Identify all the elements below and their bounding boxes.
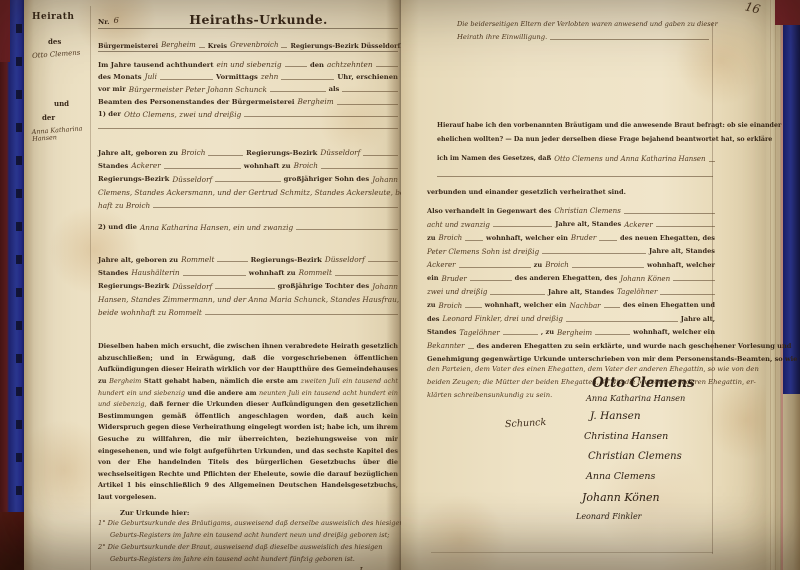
printed-text: Bürgermeisterei xyxy=(98,43,158,50)
printed-text: als xyxy=(329,86,340,93)
printed-text: Kreis xyxy=(208,43,227,50)
form-line: acht und zwanzigJahre alt, StandesAckere… xyxy=(427,215,715,229)
document-item: Geburts-Registers im Jahre ein tausend a… xyxy=(110,529,398,541)
form-line: Jahre alt, geboren zuRommeltRegierungs-B… xyxy=(98,250,398,263)
cover-corner-top-right xyxy=(775,0,800,25)
form-line: vor mirBürgermeister Peter Johann Schunc… xyxy=(98,81,398,93)
legal-paragraph: Dieselben haben mich ersucht, die zwisch… xyxy=(98,341,398,503)
form-line: Jahre alt, geboren zuBroichRegierungs-Be… xyxy=(98,143,398,156)
blank-line xyxy=(660,294,715,295)
blank-line xyxy=(470,280,512,281)
handwritten-text: Düsseldorf xyxy=(172,283,212,290)
cover-corner-top-left xyxy=(0,0,10,62)
blank-line xyxy=(285,66,307,67)
signature: Leonard Finkler xyxy=(576,513,734,521)
printed-text: wohnhaft, welcher xyxy=(647,262,715,269)
form-line: Peter Clemens Sohn ist dreißigJahre alt,… xyxy=(427,242,715,256)
printed-text: des einen Ehegatten und xyxy=(623,302,715,309)
printed-text: wohnhaft, welcher ein xyxy=(486,235,568,242)
handwritten-text: Otto Clemens und Anna Katharina Hansen xyxy=(554,156,705,163)
left-page: Heirath des Otto Clemens und der Anna Ka… xyxy=(24,0,401,570)
margin-heading: Heirath xyxy=(32,12,88,22)
blank-line xyxy=(503,334,538,335)
form-line: Bekannterdes anderen Ehegatten zu sein e… xyxy=(427,336,715,350)
blank-line xyxy=(572,267,644,268)
handwritten-text: Bergheim xyxy=(161,42,196,49)
document-item: Geburts-Registers im Jahre ein tausend a… xyxy=(110,553,398,565)
blank-line xyxy=(215,288,274,289)
blank-line xyxy=(368,261,398,262)
page-number: 16 xyxy=(743,0,761,17)
bride-intro-line: 2) und dieAnna Katharina Hansen, ein und… xyxy=(98,218,398,231)
printed-line: verbunden und einander gesetzlich verhei… xyxy=(427,188,715,201)
printed-text: wohnhaft zu xyxy=(244,163,291,170)
handwritten-text: Tagelöhner xyxy=(617,288,657,295)
printed-text: Genehmigung gegenwärtige Urkunde untersc… xyxy=(427,356,800,363)
blank-line xyxy=(604,307,620,308)
witness-block: verbunden und einander gesetzlich verhei… xyxy=(427,188,715,401)
printed-text: zu xyxy=(427,235,436,242)
handwritten-text: Leonard Finkler, drei und dreißig xyxy=(443,315,563,322)
handwritten-text: zwei und dreißig xyxy=(427,288,487,295)
handwritten-text: Ackerer xyxy=(427,261,456,268)
printed-text: vor mir xyxy=(98,86,126,93)
handwritten-text: Hansen, Standes Zimmermann, und der Anna… xyxy=(98,296,399,303)
blank-line xyxy=(656,226,715,227)
printed-text: Standes xyxy=(427,329,456,336)
intro-block: Im Jahre tausend achthundertein und sieb… xyxy=(98,56,398,130)
printed-text: Uhr, erschienen xyxy=(337,74,398,81)
frame-line-bottom xyxy=(431,552,713,553)
form-line: 1) derOtto Clemens, zwei und dreißig xyxy=(98,106,398,118)
bride-block: Jahre alt, geboren zuRommeltRegierungs-B… xyxy=(98,250,398,316)
handwritten-text: Clemens, Standes Ackersmann, und der Ger… xyxy=(98,189,440,196)
margin-label-des: des xyxy=(48,38,88,46)
blank-line xyxy=(98,128,398,129)
margin-groom-name: Otto Clemens xyxy=(32,48,88,60)
form-line: StandesAckererwohnhaft zuBroich xyxy=(98,157,398,170)
printed-text: Vormittags xyxy=(216,74,258,81)
blank-line xyxy=(363,155,398,156)
divider xyxy=(98,51,398,52)
blank-line xyxy=(468,348,474,349)
printed-text: und die andere am xyxy=(185,389,259,397)
handwritten-text: Anna Katharina Hansen, ein und zwanzig xyxy=(140,224,293,231)
printed-text: Jahre alt, geboren zu xyxy=(98,150,178,157)
handwritten-text: Ackerer xyxy=(624,221,653,228)
blank-line xyxy=(459,267,531,268)
blank-line xyxy=(493,226,552,227)
form-line: StandesTagelöhner, zuBergheimwohnhaft, w… xyxy=(427,323,715,337)
signature: Johann Könen xyxy=(582,492,734,504)
printed-text: Beamten des Personenstandes der Bürgerme… xyxy=(98,99,295,106)
handwritten-text: zehn xyxy=(261,73,279,80)
divider xyxy=(98,28,398,29)
form-line: Im Jahre tausend achthundertein und sieb… xyxy=(98,56,398,68)
printed-line: ehelichen wollten? — Da nun jeder dersel… xyxy=(437,136,713,150)
blank-line xyxy=(542,253,646,254)
documents-heading: Zur Urkunde hier: xyxy=(120,509,398,517)
handwritten-text: acht und zwanzig xyxy=(427,221,490,228)
form-header: Nr. 6 Heiraths-Urkunde. xyxy=(98,6,398,26)
printed-text: den xyxy=(310,62,324,69)
signature: Christina Hansen xyxy=(584,432,734,442)
document-item: 2° Die Geburtsurkunde der Braut, ausweis… xyxy=(98,541,398,553)
form-line: Regierungs-BezirkDüsseldorfgroßjährige T… xyxy=(98,277,398,290)
signature: Otto Clemens xyxy=(592,376,734,390)
signature: Christian Clemens xyxy=(588,452,734,463)
handwritten-text: achtzehnten xyxy=(327,61,373,68)
form-line: beide wohnhaft zu Rommelt xyxy=(98,303,398,316)
handwritten-text: Johann Könen xyxy=(620,275,670,282)
handwritten-text: Bergheim xyxy=(298,98,334,105)
admin-row: BürgermeistereiBergheimKreisGrevenbroich… xyxy=(98,32,398,49)
printed-text: Regierungs-Bezirk xyxy=(98,176,169,183)
blank-line xyxy=(281,47,287,48)
form-column: Nr. 6 Heiraths-Urkunde. BürgermeistereiB… xyxy=(90,6,398,570)
blank-line xyxy=(217,261,247,262)
printed-text: des neuen Ehegatten, des xyxy=(620,235,715,242)
handwritten-text: beide wohnhaft zu Rommelt xyxy=(98,309,202,316)
handwritten-text: Johann xyxy=(372,283,398,290)
handwritten-text: Broich xyxy=(181,149,205,156)
printed-text: Jahre alt, Standes xyxy=(649,248,715,255)
record-number-label: Nr. xyxy=(98,18,110,26)
handwritten-text: Juli xyxy=(145,73,157,80)
blank-line xyxy=(335,275,398,276)
blank-line xyxy=(550,39,709,40)
blank-line xyxy=(337,104,398,105)
signature: J. Hansen xyxy=(590,411,734,422)
printed-text: Also verhandelt in Gegenwart des xyxy=(427,208,551,215)
blank-line xyxy=(490,294,545,295)
handwritten-text: Die beiderseitigen Eltern der Verlobten … xyxy=(457,20,709,28)
form-line: zuBroichwohnhaft, welcher einBruderdes n… xyxy=(427,228,715,242)
printed-text: zu xyxy=(427,302,436,309)
blank-line xyxy=(98,118,398,130)
printed-text: großjährige Tochter des xyxy=(278,283,370,290)
handwritten-text: Bergheim xyxy=(109,377,141,385)
binding-stitches xyxy=(16,0,22,570)
declaration-block: Hierauf habe ich den vorbenannten Bräuti… xyxy=(437,122,713,179)
printed-text: Statt gehabt haben, nämlich die erste am xyxy=(141,377,300,385)
blank-line xyxy=(270,91,326,92)
printed-text: Im Jahre tausend achthundert xyxy=(98,62,214,69)
form-line: einBruderdes anderen Ehegatten, desJohan… xyxy=(427,269,715,283)
handwritten-text: Haushälterin xyxy=(131,269,179,276)
blank-line xyxy=(376,66,398,67)
handwritten-text: Bruder xyxy=(442,275,467,282)
printed-text: wohnhaft, welcher ein xyxy=(485,302,567,309)
book-photo: Heirath des Otto Clemens und der Anna Ka… xyxy=(0,0,800,570)
printed-text: des anderen Ehegatten, des xyxy=(515,275,618,282)
handwritten-text: Peter Clemens Sohn ist dreißig xyxy=(427,248,539,255)
blank-line xyxy=(183,275,246,276)
printed-text: großjähriger Sohn des xyxy=(284,176,370,183)
form-line: AckererzuBroichwohnhaft, welcher xyxy=(427,255,715,269)
blank-line xyxy=(205,314,398,315)
handwritten-text: den Parteien, dem Vater des einen Ehegat… xyxy=(427,363,715,376)
margin-bride-name: Anna Katharina Hansen xyxy=(32,125,89,144)
printed-text: Regierungs-Bezirk xyxy=(98,283,169,290)
right-page: 16 Die beiderseitigen Eltern der Verlobt… xyxy=(401,0,766,570)
blank-line xyxy=(465,240,483,241)
handwritten-text: Bruder xyxy=(571,234,596,241)
book-binding-right xyxy=(783,0,800,394)
consent-note: Die beiderseitigen Eltern der Verlobten … xyxy=(457,20,709,41)
book-binding-left xyxy=(0,0,26,570)
blank-line xyxy=(566,321,678,322)
blank-line xyxy=(673,280,715,281)
form-line: Beamten des Personenstandes der Bürgerme… xyxy=(98,93,398,105)
handwritten-text: Otto Clemens, zwei und dreißig xyxy=(124,111,241,118)
handwritten-text: ein und siebenzig xyxy=(217,61,282,68)
form-line: Heirath ihre Einwilligung. xyxy=(457,28,709,41)
blank-line xyxy=(595,334,630,335)
handwritten-text: Broich xyxy=(439,234,463,241)
form-line: Clemens, Standes Ackersmann, und der Ger… xyxy=(98,183,398,196)
printed-text: des xyxy=(427,316,440,323)
form-line: Genehmigung gegenwärtige Urkunde untersc… xyxy=(427,350,715,364)
printed-text: 1) der xyxy=(98,111,121,118)
printed-text: Jahre alt, geboren zu xyxy=(98,257,178,264)
printed-text: Regierungs-Bezirk xyxy=(251,257,322,264)
blank-line xyxy=(160,79,213,80)
printed-text: wohnhaft zu xyxy=(249,270,296,277)
form-line: zwei und dreißigJahre alt, StandesTagelö… xyxy=(427,282,715,296)
handwritten-text: Bürgermeister Peter Johann Schunck xyxy=(129,86,267,93)
document-item: 1° Die Geburtsurkunde des Bräutigams, au… xyxy=(98,517,398,529)
blank-line xyxy=(153,207,398,208)
handwritten-text: Ackerer xyxy=(131,162,160,169)
blank-line xyxy=(342,91,398,92)
form-line: ich im Namen des Gesetzes, daßOtto Cleme… xyxy=(437,149,713,163)
handwritten-text: Grevenbroich xyxy=(230,42,278,49)
handwritten-text: haft zu Broich xyxy=(98,202,150,209)
form-line: des MonatsJuliVormittagszehnUhr, erschie… xyxy=(98,68,398,80)
signature-column: Otto Clemens Anna Katharina Hansen J. Ha… xyxy=(584,376,734,521)
form-line: Hansen, Standes Zimmermann, und der Anna… xyxy=(98,290,398,303)
blank-line xyxy=(709,161,715,162)
printed-text: Standes xyxy=(98,270,128,277)
form-line: Also verhandelt in Gegenwart desChristia… xyxy=(427,201,715,215)
handwritten-text: Broich xyxy=(294,162,318,169)
blank-line xyxy=(244,116,398,117)
blank-line xyxy=(437,163,713,177)
blank-line xyxy=(208,155,243,156)
handwritten-text: Rommelt xyxy=(299,269,332,276)
blank-line xyxy=(296,229,398,230)
blank-line xyxy=(465,307,481,308)
form-line: desLeonard Finkler, drei und dreißigJahr… xyxy=(427,309,715,323)
form-line: zuBroichwohnhaft, welcher einNachbardes … xyxy=(427,296,715,310)
printed-text: ein xyxy=(427,275,439,282)
printed-text: Standes xyxy=(98,163,128,170)
printed-text: des anderen Ehegatten zu sein erklärte, … xyxy=(477,343,792,350)
printed-text: wohnhaft, welcher ein xyxy=(633,329,715,336)
blank-line xyxy=(215,181,280,182)
printed-text: Regierungs-Bezirk xyxy=(246,150,317,157)
signature: Anna Katharina Hansen xyxy=(586,394,734,403)
margin-label-und: und xyxy=(54,100,88,108)
form-line: haft zu Broich xyxy=(98,196,398,209)
handwritten-text: Düsseldorf xyxy=(172,176,212,183)
handwritten-text: Johann xyxy=(372,176,398,183)
handwritten-text: Rommelt xyxy=(181,256,214,263)
handwritten-text: Nachbar xyxy=(569,302,600,309)
blank-line xyxy=(624,213,715,214)
blank-line xyxy=(199,47,205,48)
handwritten-text: Broich xyxy=(439,302,463,309)
printed-text: zu xyxy=(534,262,543,269)
handwritten-text: Düsseldorf xyxy=(325,256,365,263)
handwritten-text: Heirath ihre Einwilligung. xyxy=(457,34,547,41)
printed-text: Regierungs-Bezirk Düsseldorf. xyxy=(290,43,402,50)
handwritten-text: Broich xyxy=(545,261,569,268)
margin-column: Heirath des Otto Clemens und der Anna Ka… xyxy=(32,12,88,141)
printed-text: Jahre alt, xyxy=(681,316,715,323)
printed-text: daß ferner die Urkunden dieser Aufkündig… xyxy=(98,400,398,501)
printed-text: ich im Namen des Gesetzes, daß xyxy=(437,156,551,162)
blank-line xyxy=(164,168,241,169)
printed-line: Hierauf habe ich den vorbenannten Bräuti… xyxy=(437,122,713,136)
handwritten-text: Christian Clemens xyxy=(554,207,621,214)
printed-text: 2) und die xyxy=(98,224,137,231)
form-line: Regierungs-BezirkDüsseldorfgroßjähriger … xyxy=(98,170,398,183)
printed-text: , zu xyxy=(541,329,554,336)
signature: Anna Clemens xyxy=(586,472,734,482)
document-title: Heiraths-Urkunde. xyxy=(119,14,398,27)
registrar-signature: Schunck xyxy=(505,417,547,430)
blank-line xyxy=(599,240,617,241)
handwritten-text: Bekannter xyxy=(427,342,465,349)
printed-text: des Monats xyxy=(98,74,142,81)
handwritten-text: Tagelöhner xyxy=(459,329,499,336)
blank-line xyxy=(281,79,334,80)
groom-block: Jahre alt, geboren zuBroichRegierungs-Be… xyxy=(98,143,398,209)
margin-label-der: der xyxy=(42,114,88,122)
printed-text: Jahre alt, Standes xyxy=(555,221,621,228)
printed-text: Jahre alt, Standes xyxy=(548,289,614,296)
handwritten-text: Düsseldorf xyxy=(320,149,360,156)
handwritten-text: Bergheim xyxy=(557,329,592,336)
form-line: StandesHaushälterinwohnhaft zuRommelt xyxy=(98,263,398,276)
page-edges-bottom-right xyxy=(783,394,800,570)
blank-line xyxy=(321,168,398,169)
